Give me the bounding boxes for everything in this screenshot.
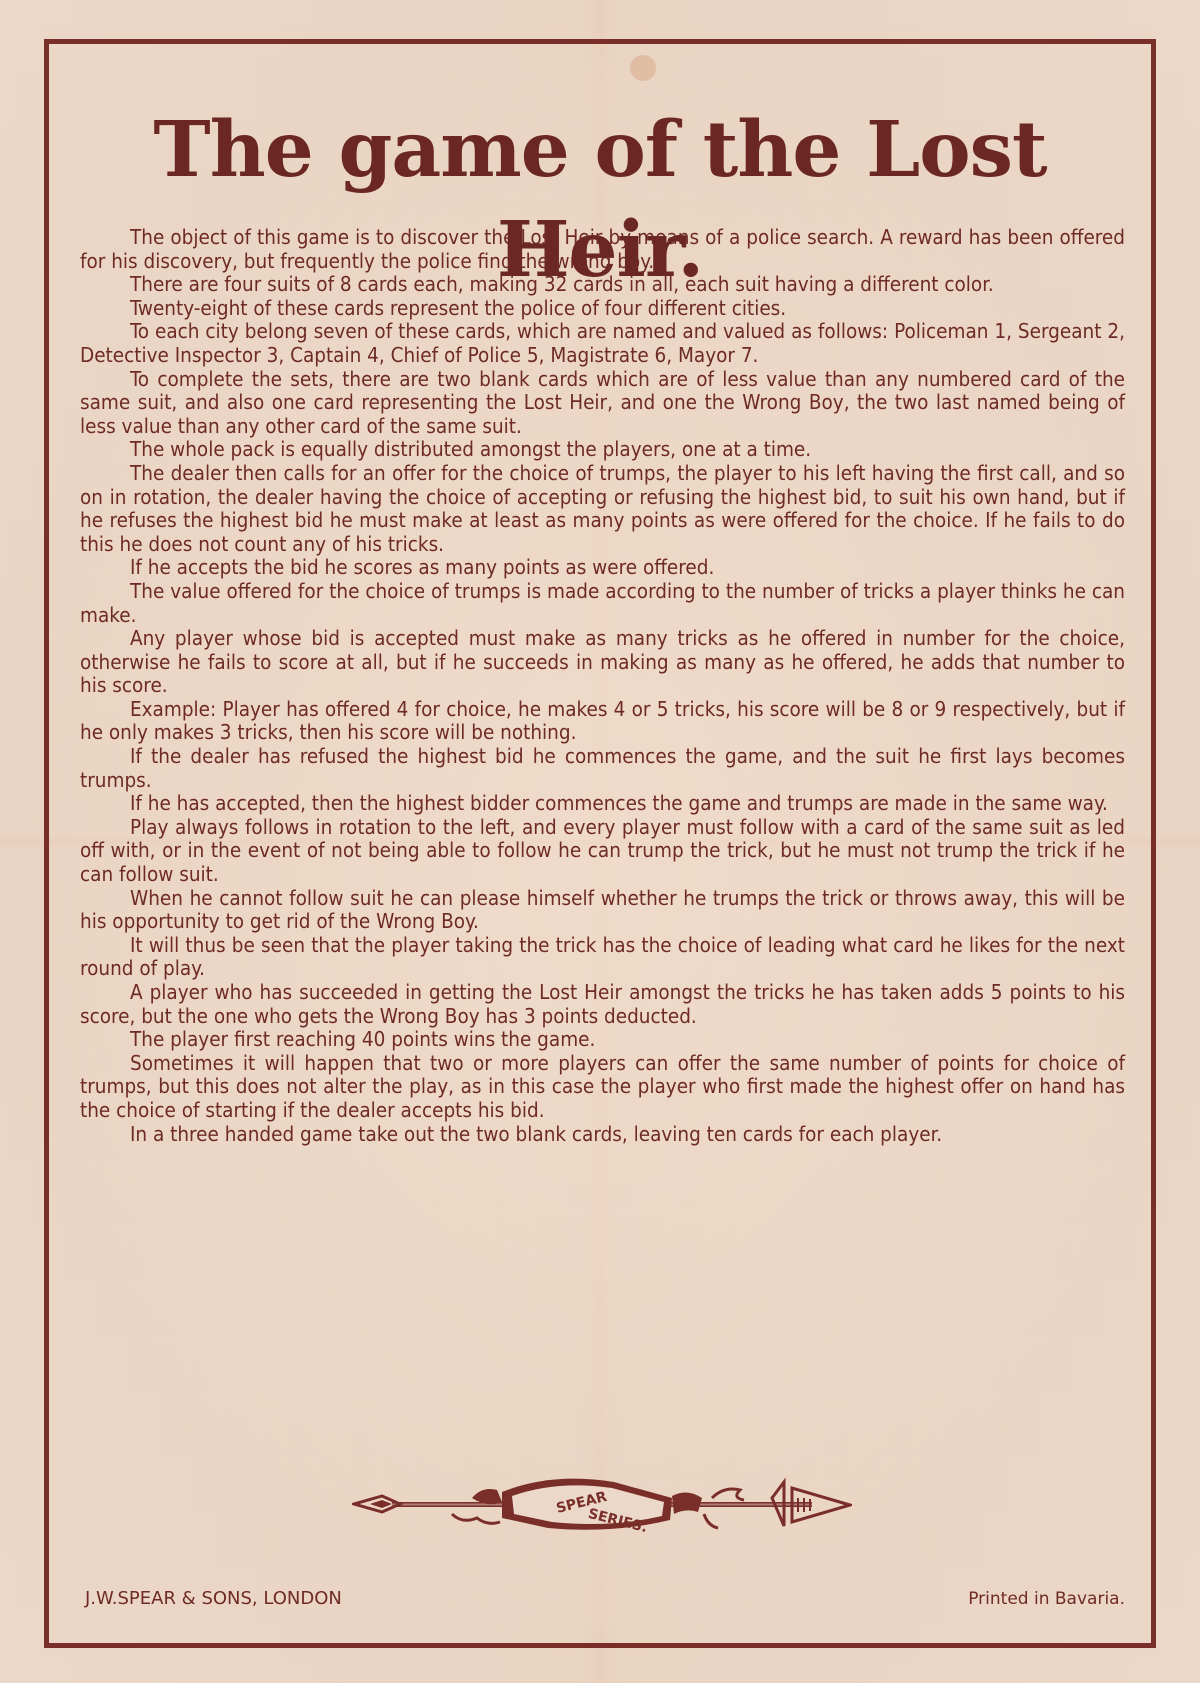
paragraph-suits: There are four suits of 8 cards each, ma… — [80, 273, 1125, 297]
paragraph-card-values: To each city belong seven of these cards… — [80, 320, 1125, 367]
paragraph-police-cards: Twenty-eight of these cards represent th… — [80, 297, 1125, 321]
paragraph-accept-bid: If he accepts the bid he scores as many … — [80, 556, 1125, 580]
paragraph-win-condition: The player first reaching 40 points wins… — [80, 1028, 1125, 1052]
publisher-imprint: J.W.SPEAR & SONS, LONDON — [85, 1588, 342, 1609]
paragraph-object: The object of this game is to discover t… — [80, 226, 1125, 273]
paragraph-lost-heir-points: A player who has succeeded in getting th… — [80, 981, 1125, 1028]
paragraph-distribution: The whole pack is equally distributed am… — [80, 438, 1125, 462]
paragraph-example: Example: Player has offered 4 for choice… — [80, 698, 1125, 745]
printed-in-note: Printed in Bavaria. — [968, 1589, 1125, 1609]
paragraph-blank-cards: To complete the sets, there are two blan… — [80, 368, 1125, 439]
rules-text: The object of this game is to discover t… — [80, 226, 1125, 1146]
paragraph-bidding: The dealer then calls for an offer for t… — [80, 462, 1125, 556]
paragraph-bid-value: The value offered for the choice of trum… — [80, 580, 1125, 627]
paragraph-dealer-refused: If the dealer has refused the highest bi… — [80, 745, 1125, 792]
paragraph-accepted-bid: Any player whose bid is accepted must ma… — [80, 627, 1125, 698]
spear-banner-emblem-icon: SPEAR SERIES. — [352, 1468, 852, 1538]
paragraph-dealer-accepted: If he has accepted, then the highest bid… — [80, 792, 1125, 816]
spear-series-emblem: SPEAR SERIES. — [352, 1468, 852, 1538]
paper-stain — [630, 55, 656, 81]
paragraph-play-rotation: Play always follows in rotation to the l… — [80, 816, 1125, 887]
paragraph-tie-offers: Sometimes it will happen that two or mor… — [80, 1052, 1125, 1123]
paragraph-cannot-follow: When he cannot follow suit he can please… — [80, 887, 1125, 934]
paragraph-leading: It will thus be seen that the player tak… — [80, 934, 1125, 981]
paragraph-three-handed: In a three handed game take out the two … — [80, 1123, 1125, 1147]
